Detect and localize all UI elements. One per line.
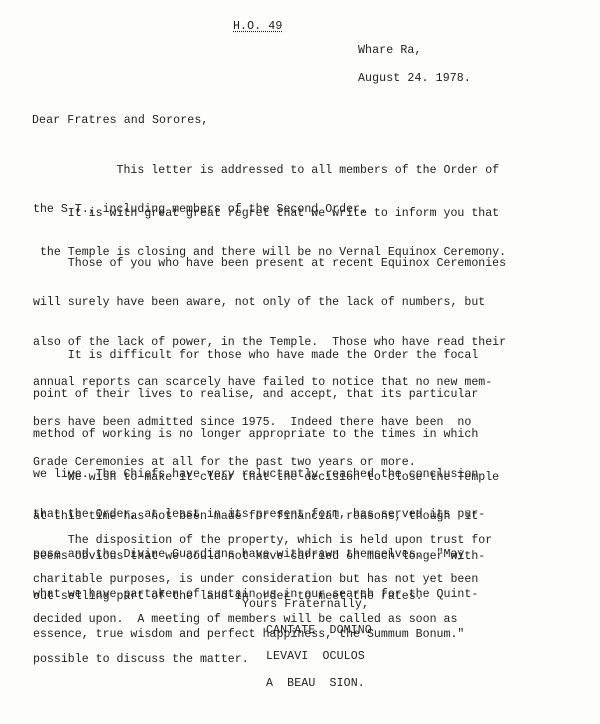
paragraph-line: It is difficult for those who have made …	[33, 349, 593, 362]
paragraph-line: It is with great great regret that we wr…	[33, 207, 593, 220]
paragraph-line: This letter is addressed to all members …	[33, 164, 593, 177]
paragraph-line: point of their lives to realise, and acc…	[33, 388, 593, 401]
document-reference: H.O. 49	[233, 20, 282, 33]
paragraph-line: method of working is no longer appropria…	[33, 428, 593, 441]
salutation: Dear Fratres and Sorores,	[32, 114, 208, 127]
paragraph-line: will surely have been aware, not only of…	[33, 296, 593, 309]
paragraph-line: charitable purposes, is under considerat…	[33, 573, 593, 586]
letter-page: H.O. 49 Whare Ra, August 24. 1978. Dear …	[0, 0, 600, 724]
closing-salutation: Yours Fraternally,	[242, 598, 369, 611]
paragraph-line: We wish to make it clear that the decisi…	[33, 471, 593, 484]
letter-date: August 24. 1978.	[358, 72, 471, 85]
signatory: CANTATE DOMINO	[266, 624, 372, 637]
paragraph-line: Those of you who have been present at re…	[33, 257, 593, 270]
signatory: A BEAU SION.	[266, 677, 365, 690]
paragraph-line: The disposition of the property, which i…	[33, 534, 593, 547]
sender-place: Whare Ra,	[358, 44, 422, 57]
signatory: LEVAVI OCULOS	[266, 650, 365, 663]
